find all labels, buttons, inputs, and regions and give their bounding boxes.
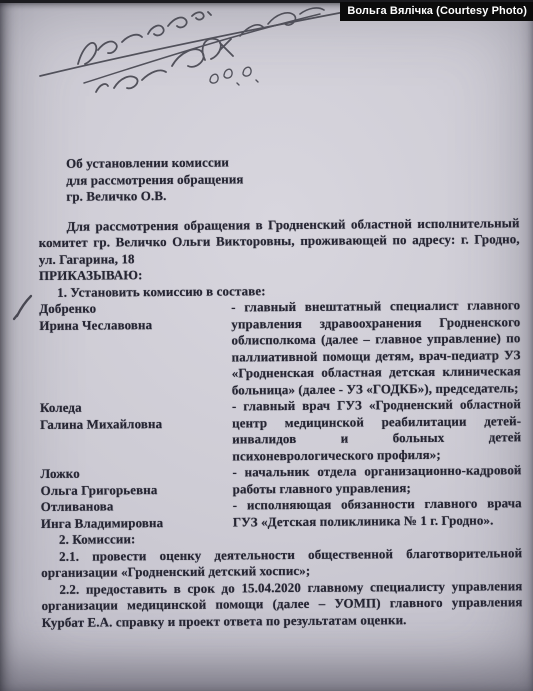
- member-name: Ложко Ольга Григорьевна: [40, 464, 232, 499]
- member-name: Коледа Галина Михайловна: [40, 398, 232, 433]
- order-item-2-2: 2.2. предоставить в срок до 15.04.2020 г…: [41, 578, 522, 631]
- committee-row: Ложко Ольга Григорьевна - начальник отде…: [40, 462, 521, 499]
- handwritten-checkmark-icon: [8, 290, 38, 326]
- committee-row: Коледа Галина Михайловна - главный врач …: [40, 396, 522, 466]
- document-photo: Вольга Вялічка (Courtesy Photo) Об устан…: [0, 0, 533, 691]
- member-role: - исполняющая обязанности главного врача…: [233, 495, 522, 530]
- document-body: Об установлении комиссии для рассмотрени…: [38, 152, 523, 631]
- subject-block: Об установлении комиссии для рассмотрени…: [66, 152, 519, 205]
- member-name: Добренко Ирина Чеславовна: [39, 299, 231, 334]
- member-role: - главный внештатный специалист главного…: [231, 297, 521, 398]
- member-surname: Добренко: [39, 299, 231, 317]
- photo-credit-badge: Вольга Вялічка (Courtesy Photo): [340, 2, 533, 21]
- order-item-2-1: 2.1. провести оценку деятельности общест…: [41, 545, 522, 582]
- member-name: Отливанова Инга Владимировна: [41, 497, 233, 532]
- member-role: - главный врач ГУЗ «Гродненский областно…: [232, 396, 522, 464]
- intro-paragraph: Для рассмотрения обращения в Гродненский…: [38, 215, 519, 268]
- member-surname: Ложко: [40, 464, 232, 482]
- member-given-name: Инга Владимировна: [41, 514, 233, 532]
- member-given-name: Галина Михайловна: [40, 415, 232, 433]
- committee-row: Добренко Ирина Чеславовна - главный внеш…: [39, 297, 521, 400]
- member-surname: Отливанова: [41, 497, 233, 515]
- member-role: - начальник отдела организационно-кадров…: [232, 462, 521, 497]
- member-given-name: Ирина Чеславовна: [39, 316, 231, 334]
- member-given-name: Ольга Григорьевна: [41, 481, 233, 499]
- member-surname: Коледа: [40, 398, 232, 416]
- committee-row: Отливанова Инга Владимировна - исполняющ…: [41, 495, 522, 532]
